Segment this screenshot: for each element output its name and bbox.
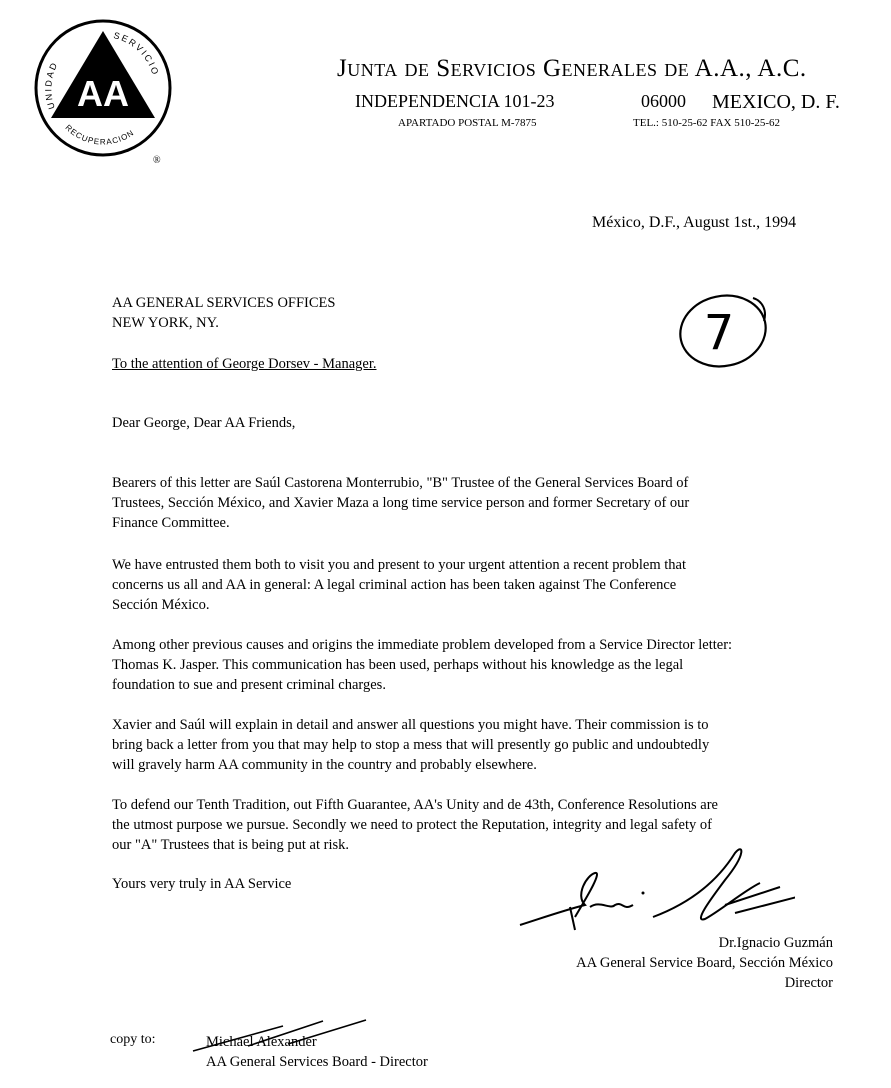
handwritten-signature [515,845,795,945]
recipient-address: AA GENERAL SERVICES OFFICES NEW YORK, NY… [112,293,335,333]
body-paragraph: We have entrusted them both to visit you… [112,555,842,615]
svg-text:AA: AA [77,73,129,114]
svg-text:UNIDAD: UNIDAD [43,60,60,111]
street-address: INDEPENDENCIA 101-23 [355,91,555,112]
paragraph-line: bring back a letter from you that may he… [112,735,842,755]
handwritten-strikethrough [188,1016,368,1056]
signatory-name: Dr.Ignacio Guzmán [576,933,833,953]
attention-line: To the attention of George Dorsev - Mana… [112,354,376,374]
copy-to-label: copy to: [110,1032,156,1048]
body-paragraph: Among other previous causes and origins … [112,635,842,695]
paragraph-line: Sección México. [112,595,842,615]
recipient-line: AA GENERAL SERVICES OFFICES [112,293,335,313]
letter-date: México, D.F., August 1st., 1994 [592,214,796,232]
city: MEXICO, D. F. [712,91,840,114]
registered-mark: ® [153,155,161,166]
paragraph-line: Among other previous causes and origins … [112,635,842,655]
paragraph-line: Xavier and Saúl will explain in detail a… [112,715,842,735]
recipient-line: NEW YORK, NY. [112,313,335,333]
signature-block: Dr.Ignacio Guzmán AA General Service Boa… [576,933,833,993]
paragraph-line: Bearers of this letter are Saúl Castoren… [112,473,842,493]
body-paragraph: Bearers of this letter are Saúl Castoren… [112,473,842,533]
paragraph-line: To defend our Tenth Tradition, out Fifth… [112,795,842,815]
circled-page-number-mark: 7 [665,283,775,373]
paragraph-line: Finance Committee. [112,513,842,533]
svg-text:RECUPERACION: RECUPERACION [63,123,135,147]
aa-logo-icon: AA UNIDAD SERVICIO RECUPERACION [33,18,173,158]
closing: Yours very truly in AA Service [112,874,291,894]
postal-code: 06000 [641,91,686,112]
organization-name: Junta de Servicios Generales de A.A., A.… [337,55,807,83]
paragraph-line: will gravely harm AA community in the co… [112,755,842,775]
paragraph-line: Thomas K. Jasper. This communication has… [112,655,842,675]
greeting: Dear George, Dear AA Friends, [112,413,295,433]
tel-fax: TEL.: 510-25-62 FAX 510-25-62 [633,117,780,129]
po-box: APARTADO POSTAL M-7875 [398,117,537,129]
paragraph-line: foundation to sue and present criminal c… [112,675,842,695]
paragraph-line: Trustees, Sección México, and Xavier Maz… [112,493,842,513]
paragraph-line: the utmost purpose we pursue. Secondly w… [112,815,842,835]
paragraph-line: concerns us all and AA in general: A leg… [112,575,842,595]
svg-text:7: 7 [704,305,735,361]
signatory-title: Director [576,973,833,993]
signatory-organization: AA General Service Board, Sección México [576,953,833,973]
body-paragraph: Xavier and Saúl will explain in detail a… [112,715,842,775]
paragraph-line: We have entrusted them both to visit you… [112,555,842,575]
